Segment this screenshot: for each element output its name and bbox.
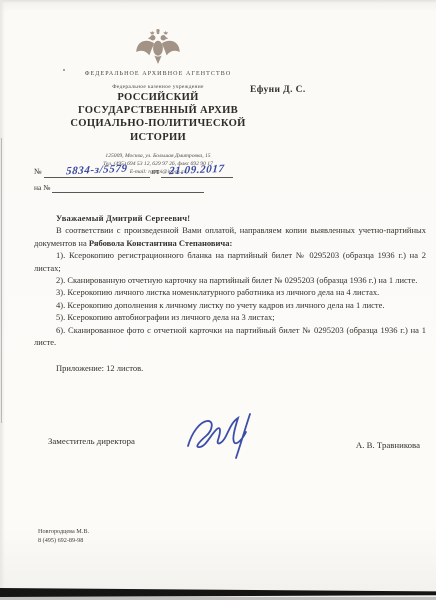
document-number-line: № 5834-з/5579 от 21.09.2017: [34, 165, 233, 178]
signer-name: А. В. Травникова: [356, 440, 420, 450]
attachment-note: Приложение: 12 листов.: [34, 362, 426, 374]
org-name-line: ИСТОРИИ: [30, 131, 286, 144]
subject-person-name: Рябовола Константина Степановича: [89, 238, 230, 248]
list-item: 3). Ксерокопию личного листка номенклату…: [34, 286, 426, 298]
letterhead: ФЕДЕРАЛЬНОЕ АРХИВНОЕ АГЕНТСТВО Федеральн…: [30, 26, 286, 176]
doc-number-field: 5834-з/5579: [44, 165, 150, 178]
signature-row: Заместитель директора А. В. Травникова: [34, 434, 426, 484]
scan-bottom-edge: [0, 588, 436, 597]
scanned-letter-page: ФЕДЕРАЛЬНОЕ АРХИВНОЕ АГЕНТСТВО Федеральн…: [0, 0, 436, 600]
doc-date-label: от: [152, 167, 159, 176]
scan-left-line-artifact: [1, 138, 2, 423]
org-name-line: ГОСУДАРСТВЕННЫЙ АРХИВ: [30, 104, 286, 117]
scan-top-edge: [0, 0, 436, 3]
signer-position: Заместитель директора: [48, 436, 135, 446]
letter-body: Уважаемый Дмитрий Сергеевич! В соответст…: [34, 212, 426, 375]
intro-paragraph: В соответствии с произведенной Вами опла…: [34, 224, 426, 249]
reference-number-line: на №: [34, 183, 204, 193]
salutation: Уважаемый Дмитрий Сергеевич!: [34, 212, 426, 224]
list-item: 4). Ксерокопию дополнения к личному лист…: [34, 299, 426, 311]
doc-number-handwritten: 5834-з/5579: [65, 163, 127, 178]
org-name-line: РОССИЙСКИЙ: [30, 91, 286, 104]
list-item: 6). Сканированное фото с отчетной карточ…: [34, 324, 426, 349]
ref-label: на №: [34, 183, 50, 192]
agency-name: ФЕДЕРАЛЬНОЕ АРХИВНОЕ АГЕНТСТВО: [30, 71, 286, 77]
organization-name: РОССИЙСКИЙ ГОСУДАРСТВЕННЫЙ АРХИВ СОЦИАЛЬ…: [30, 91, 286, 144]
handwritten-signature: [180, 406, 276, 462]
doc-number-label: №: [34, 167, 42, 176]
list-item: 1). Ксерокопию регистрационного бланка н…: [34, 249, 426, 274]
address-line: 125009, Москва, ул. Большая Дмитровка, 1…: [30, 152, 286, 160]
ref-number-field-blank: [52, 183, 204, 193]
coat-of-arms-eagle-icon: [134, 26, 182, 66]
executor-phone: 8 (495) 692-89-98: [38, 536, 89, 545]
list-item: 5). Ксерокопию автобиографии из личного …: [34, 311, 426, 323]
list-item: 2). Сканированную отчетную карточку на п…: [34, 274, 426, 286]
intro-colon: :: [229, 238, 232, 248]
executor-block: Новгородцева М.В. 8 (495) 692-89-98: [38, 527, 89, 545]
institution-type: Федеральное казенное учреждение: [30, 84, 286, 90]
doc-date-handwritten: 21.09.2017: [169, 163, 225, 177]
executor-name: Новгородцева М.В.: [38, 527, 89, 536]
org-name-line: СОЦИАЛЬНО-ПОЛИТИЧЕСКОЙ: [30, 117, 286, 130]
recipient-name: Ефуни Д. С.: [250, 85, 306, 95]
doc-date-field: 21.09.2017: [161, 165, 233, 178]
